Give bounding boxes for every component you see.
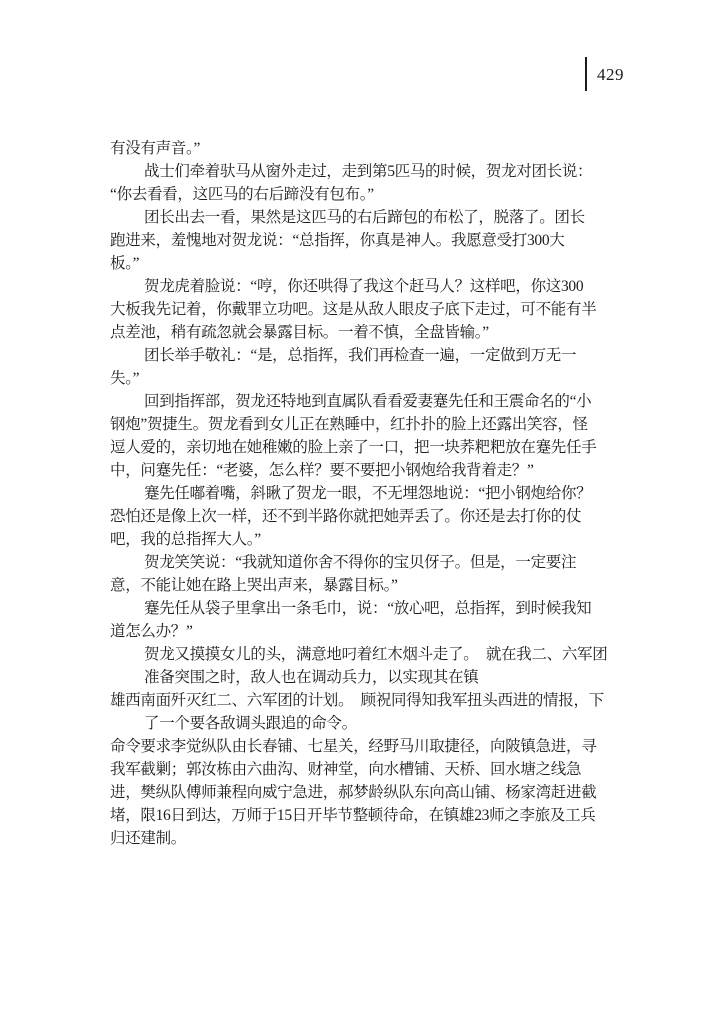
- text-line: 团长举手敬礼：“是，总指挥，我们再检查一遍，一定做到万无一: [110, 344, 616, 367]
- text-line: 回到指挥部，贺龙还特地到直属队看看爱妻蹇先任和王震命名的“小: [110, 390, 616, 413]
- text-line: 贺龙虎着脸说：“哼，你还哄得了我这个赶马人？这样吧，你这300: [110, 275, 616, 298]
- page-number-divider: [585, 57, 587, 91]
- text-line: 意，不能让她在路上哭出声来，暴露目标。”: [110, 574, 616, 597]
- text-line: 进，樊纵队傅师兼程向威宁急进，郝梦龄纵队东向高山铺、杨家湾赶进截: [110, 781, 616, 804]
- text-line: 堵，限16日到达，万师于15日开毕节整顿待命，在镇雄23师之李旅及工兵: [110, 804, 616, 827]
- page-number: 429: [597, 65, 624, 85]
- body-text: 有没有声音。”战士们牵着驮马从窗外走过，走到第5匹马的时候，贺龙对团长说：“你去…: [110, 137, 616, 850]
- text-line: 吧，我的总指挥大人。”: [110, 528, 616, 551]
- text-line: 命令要求李觉纵队由长春铺、七星关，经野马川取捷径，向陂镇急进，寻: [110, 735, 616, 758]
- text-line: 中，问蹇先任：“老婆，怎么样？要不要把小钢炮给我背着走？”: [110, 459, 616, 482]
- text-line: 贺龙又摸摸女儿的头，满意地叼着红木烟斗走了。 就在我二、六军团: [110, 643, 616, 666]
- text-line: 跑进来，羞愧地对贺龙说：“总指挥，你真是神人。我愿意受打300大: [110, 229, 616, 252]
- text-line: 我军截剿；郭汝栋由六曲沟、财神堂，向水槽铺、天桥、回水塘之线急: [110, 758, 616, 781]
- text-line: 战士们牵着驮马从窗外走过，走到第5匹马的时候，贺龙对团长说：: [110, 160, 616, 183]
- text-line: 钢炮”贺捷生。贺龙看到女儿正在熟睡中，红扑扑的脸上还露出笑容，怪: [110, 413, 616, 436]
- text-line: 团长出去一看，果然是这匹马的右后蹄包的布松了，脱落了。团长: [110, 206, 616, 229]
- text-line: 有没有声音。”: [110, 137, 616, 160]
- text-line: 了一个要各敌调头跟追的命令。: [110, 712, 616, 735]
- text-line: 雄西南面歼灭红二、六军团的计划。 顾祝同得知我军扭头西进的情报，下: [110, 689, 616, 712]
- text-line: 归还建制。: [110, 827, 616, 850]
- text-line: 准备突围之时，敌人也在调动兵力，以实现其在镇: [110, 666, 616, 689]
- text-line: 恐怕还是像上次一样，还不到半路你就把她弄丢了。你还是去打你的仗: [110, 505, 616, 528]
- page-header: 429: [585, 57, 624, 91]
- text-line: “你去看看，这匹马的右后蹄没有包布。”: [110, 183, 616, 206]
- text-line: 板。”: [110, 252, 616, 275]
- text-line: 逗人爱的，亲切地在她稚嫩的脸上亲了一口，把一块荞粑粑放在蹇先任手: [110, 436, 616, 459]
- book-page: 429 有没有声音。”战士们牵着驮马从窗外走过，走到第5匹马的时候，贺龙对团长说…: [0, 0, 715, 1010]
- text-line: 失。”: [110, 367, 616, 390]
- text-line: 蹇先任从袋子里拿出一条毛巾，说：“放心吧，总指挥，到时候我知: [110, 597, 616, 620]
- text-line: 贺龙笑笑说：“我就知道你舍不得你的宝贝伢子。但是，一定要注: [110, 551, 616, 574]
- text-line: 蹇先任嘟着嘴，斜瞅了贺龙一眼，不无埋怨地说：“把小钢炮给你？: [110, 482, 616, 505]
- text-line: 道怎么办？”: [110, 620, 616, 643]
- text-line: 大板我先记着，你戴罪立功吧。这是从敌人眼皮子底下走过，可不能有半: [110, 298, 616, 321]
- text-line: 点差池，稍有疏忽就会暴露目标。一着不慎，全盘皆输。”: [110, 321, 616, 344]
